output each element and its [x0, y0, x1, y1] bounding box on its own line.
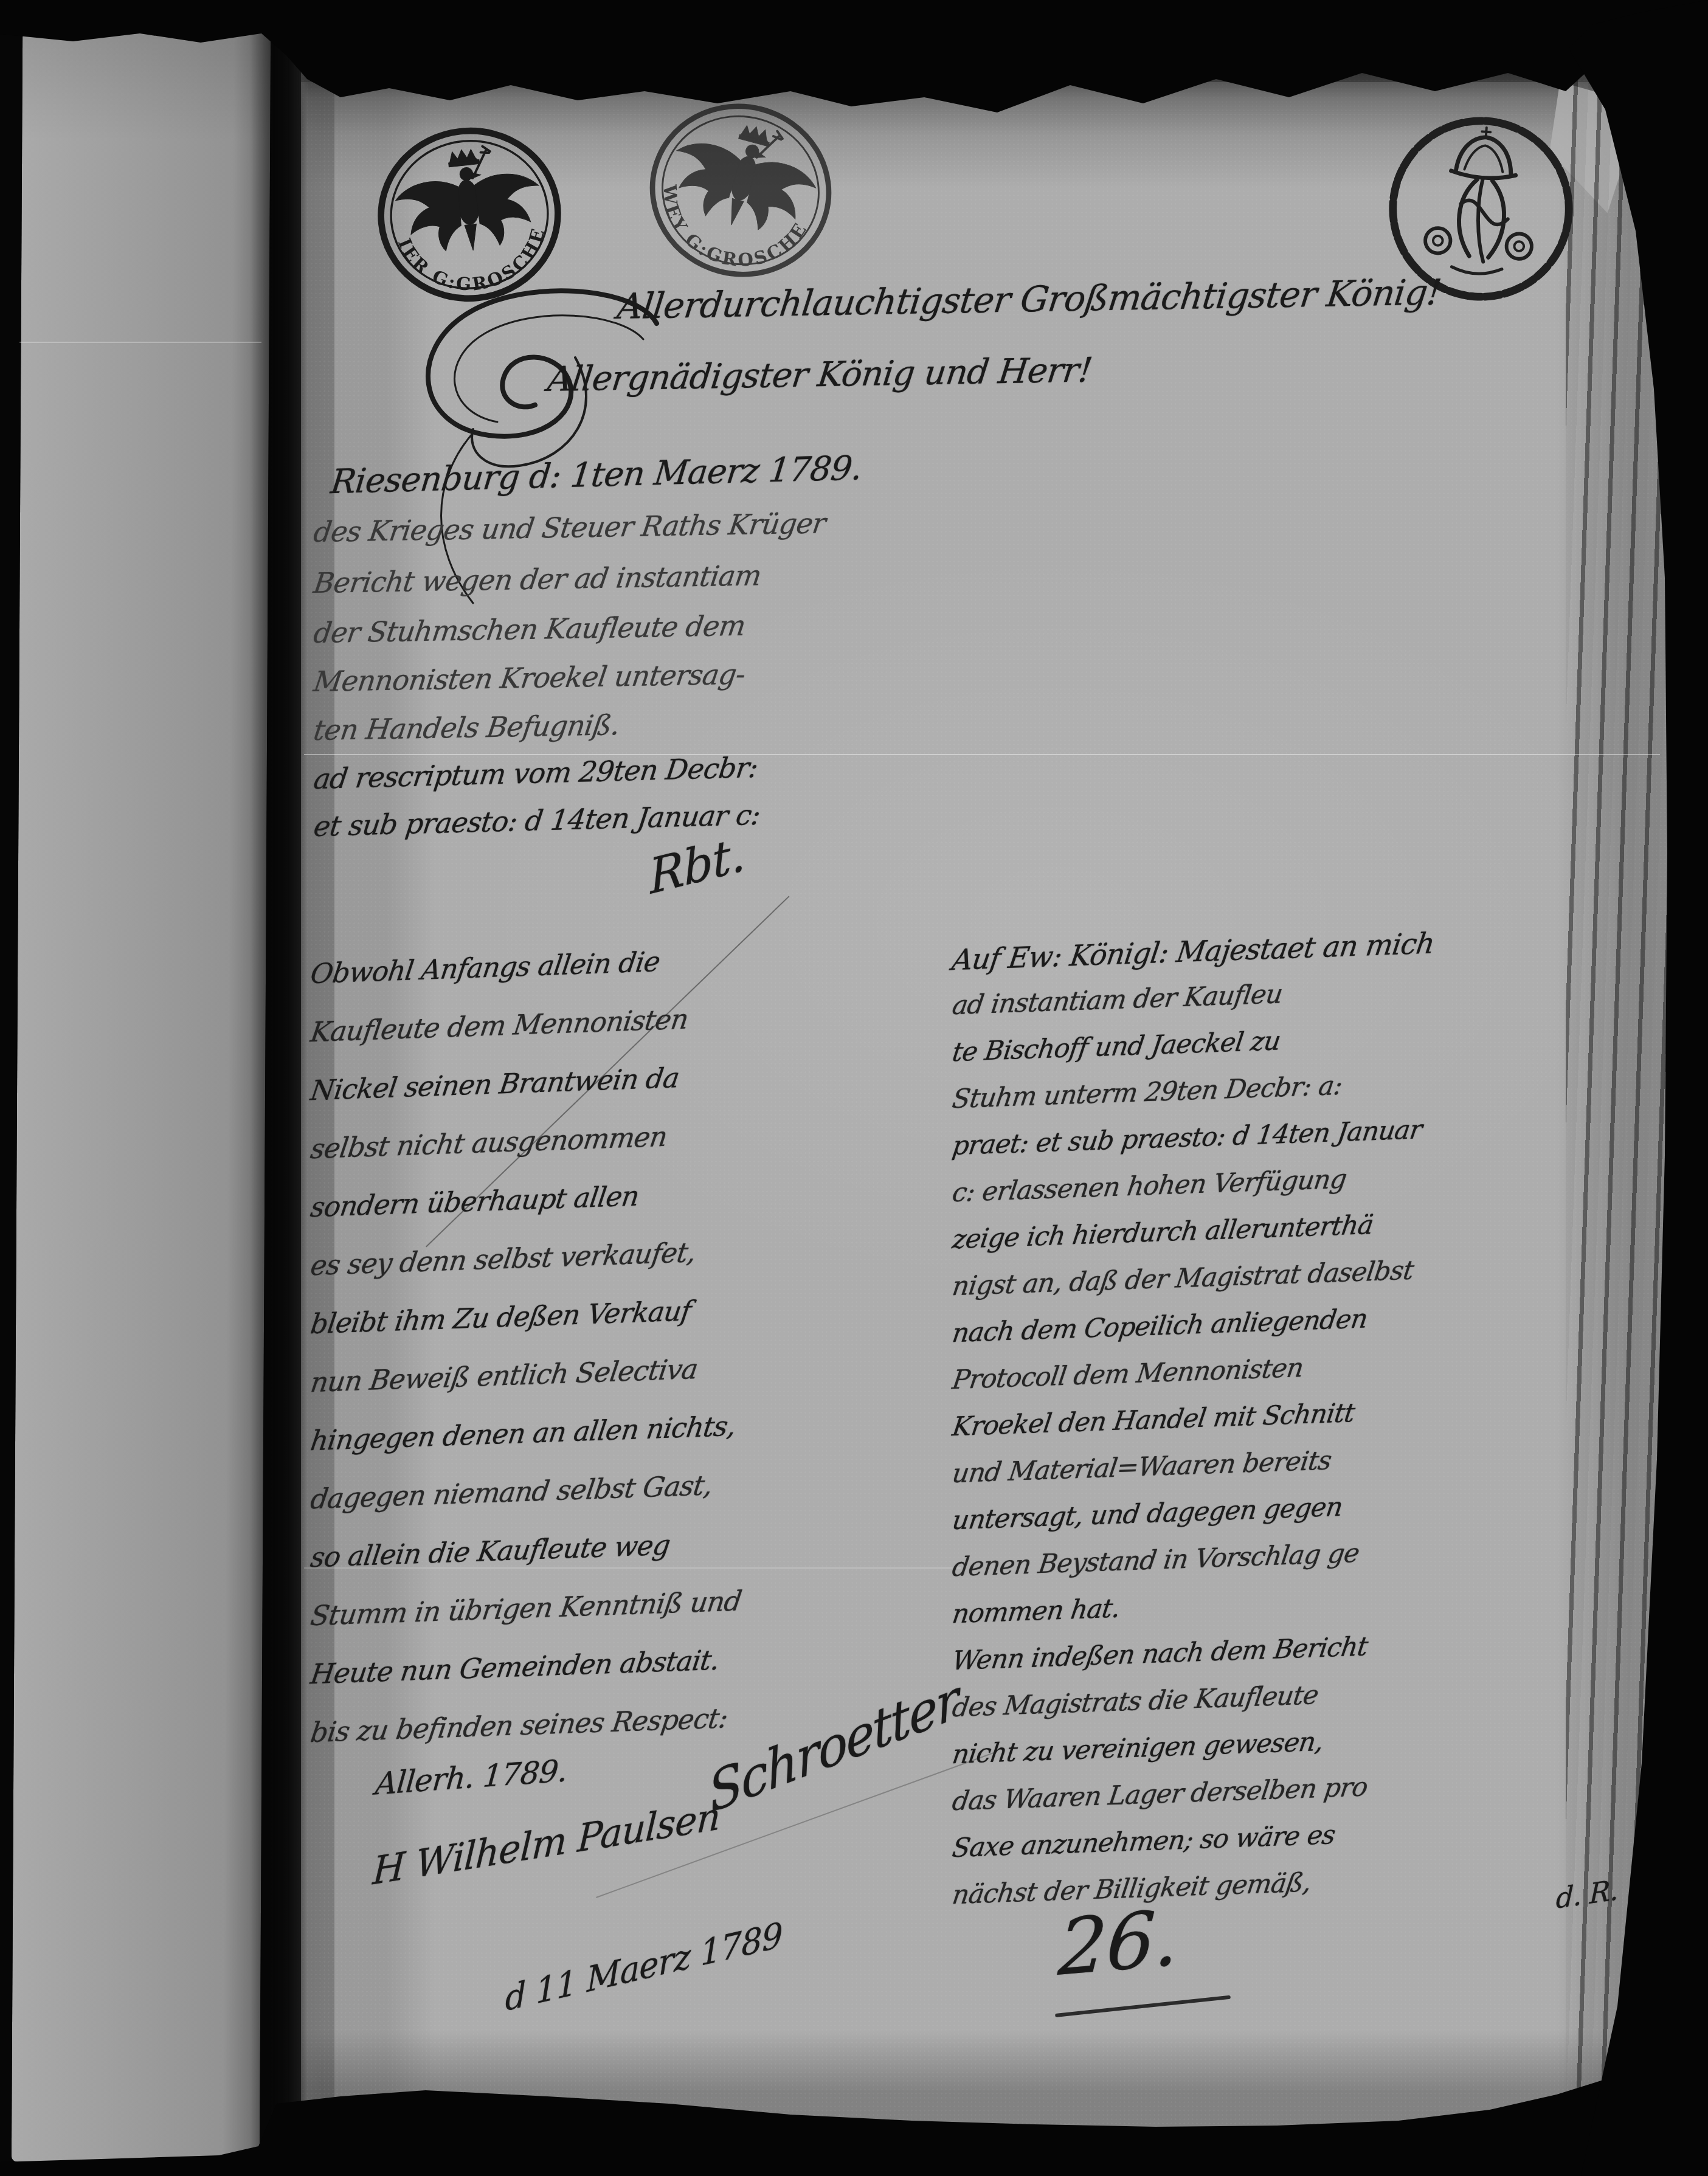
scan-scratch-line [304, 754, 1660, 755]
subject-line: ten Handels Befugniß. [311, 708, 621, 747]
previous-page-edge [12, 31, 271, 2163]
scanned-document-page: VIER G:GROSCHEN ZWEY G:G [0, 0, 1708, 2176]
scan-scratch-line [19, 342, 261, 343]
body-right-line: nommen hat. [950, 1593, 1122, 1629]
docket-number: 26. [1056, 1893, 1180, 1993]
